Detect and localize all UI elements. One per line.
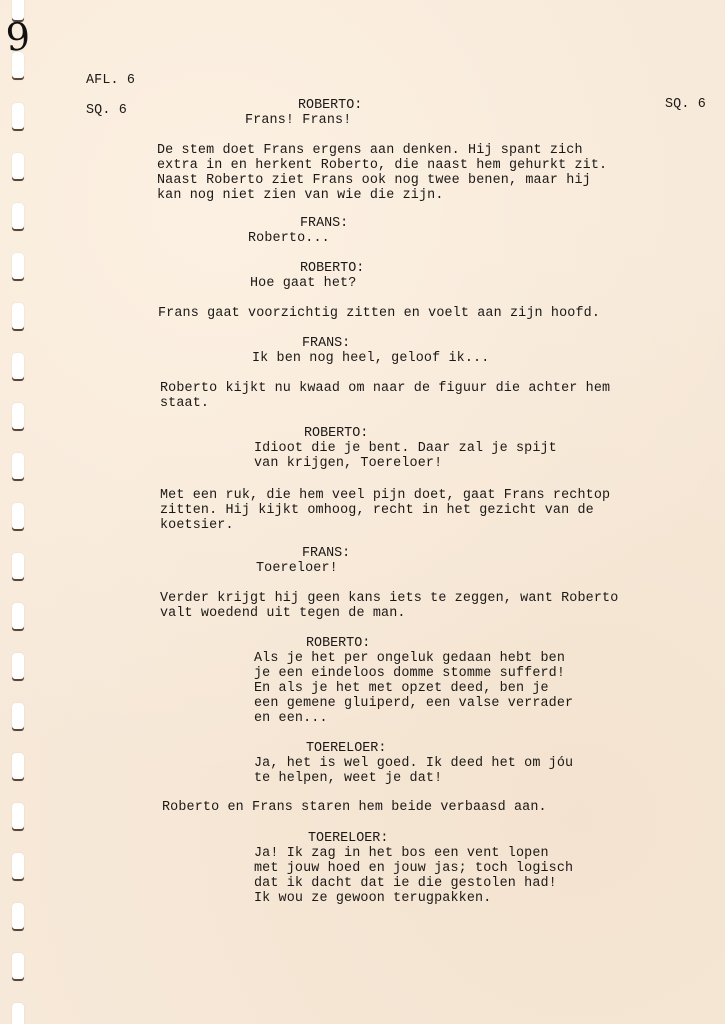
script-page: 9 AFL. 6 SQ. 6 SQ. 6 ROBERTO:Frans! Fran… [0, 0, 725, 1024]
character-cue: FRANS: [302, 336, 350, 351]
action-block: Frans gaat voorzichtig zitten en voelt a… [158, 306, 600, 321]
binding-hole [12, 203, 24, 231]
character-cue: FRANS: [302, 546, 350, 561]
binding-hole [12, 303, 24, 331]
character-cue: TOERELOER: [306, 741, 386, 756]
binding-hole [12, 553, 24, 581]
sequence-label-left: SQ. 6 [86, 103, 127, 118]
dialogue-block: Toereloer! [256, 561, 338, 576]
character-cue: ROBERTO: [304, 426, 368, 441]
dialogue-block: Ja, het is wel goed. Ik deed het om jóu … [254, 756, 573, 786]
dialogue-block: Idioot die je bent. Daar zal je spijt va… [254, 441, 557, 471]
character-cue: ROBERTO: [298, 98, 362, 113]
binding-hole [12, 953, 24, 981]
character-cue: ROBERTO: [300, 261, 364, 276]
action-block: Met een ruk, die hem veel pijn doet, gaa… [160, 488, 610, 533]
binding-hole [12, 1003, 24, 1024]
binding-hole [12, 403, 24, 431]
binding-hole [12, 453, 24, 481]
binding-hole [12, 703, 24, 731]
binding-hole [12, 253, 24, 281]
dialogue-block: Ik ben nog heel, geloof ik... [252, 351, 489, 366]
episode-label: AFL. 6 [86, 73, 135, 88]
action-block: Roberto kijkt nu kwaad om naar de figuur… [160, 381, 610, 411]
binding-hole [12, 903, 24, 931]
dialogue-block: Hoe gaat het? [250, 276, 356, 291]
binding-hole [12, 803, 24, 831]
binding-hole [12, 753, 24, 781]
binding-hole [12, 353, 24, 381]
binding-hole [12, 853, 24, 881]
dialogue-block: Frans! Frans! [245, 113, 351, 128]
character-cue: FRANS: [300, 216, 348, 231]
binding-hole [12, 603, 24, 631]
action-block: Roberto en Frans staren hem beide verbaa… [162, 800, 547, 815]
binding-hole [12, 153, 24, 181]
character-cue: ROBERTO: [306, 636, 370, 651]
action-block: Verder krijgt hij geen kans iets te zegg… [160, 591, 618, 621]
action-block: De stem doet Frans ergens aan denken. Hi… [157, 143, 607, 203]
dialogue-block: Roberto... [248, 231, 330, 246]
binding-hole [12, 503, 24, 531]
character-cue: TOERELOER: [308, 831, 388, 846]
binding-holes [12, 0, 28, 1024]
handwritten-page-number: 9 [5, 17, 32, 57]
dialogue-block: Ja! Ik zag in het bos een vent lopen met… [254, 846, 573, 906]
binding-hole [12, 653, 24, 681]
sequence-label-right: SQ. 6 [665, 97, 706, 112]
dialogue-block: Als je het per ongeluk gedaan hebt ben j… [254, 651, 573, 726]
binding-hole [12, 103, 24, 131]
